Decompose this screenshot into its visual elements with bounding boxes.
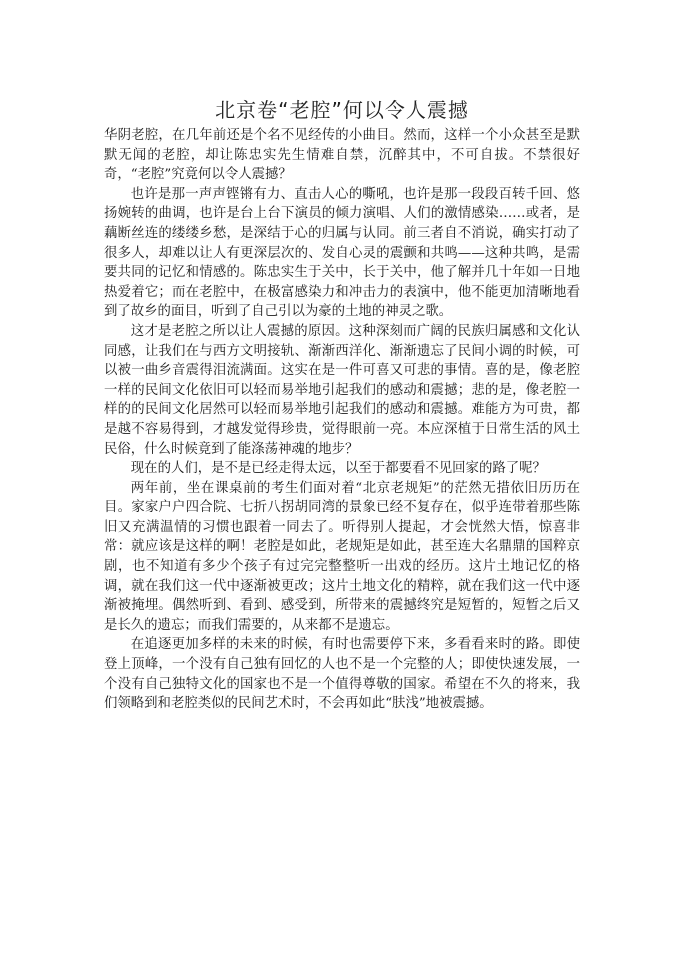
document-page: 北京卷“老腔”何以令人震撼 华阴老腔，在几年前还是个名不见经传的小曲目。然而，这… (104, 97, 580, 714)
paragraph-3: 这才是老腔之所以让人震撼的原因。这种深刻而广阔的民族归属感和文化认同感，让我们在… (104, 322, 580, 459)
paragraph-2: 也许是那一声声铿锵有力、直击人心的嘶吼，也许是那一段段百转千回、悠扬婉转的曲调，… (104, 185, 580, 322)
paragraph-4: 现在的人们，是不是已经走得太远，以至于都要看不见回家的路了呢？ (104, 459, 580, 479)
paragraph-6: 在追逐更加多样的未来的时候，有时也需要停下来，多看看来时的路。即使登上顶峰，一个… (104, 635, 580, 713)
document-title: 北京卷“老腔”何以令人震撼 (104, 97, 580, 123)
paragraph-1: 华阴老腔，在几年前还是个名不见经传的小曲目。然而，这样一个小众甚至是默默无闻的老… (104, 126, 580, 185)
paragraph-5: 两年前，坐在课桌前的考生们面对着“北京老规矩”的茫然无措依旧历历在目。家家户户四… (104, 479, 580, 636)
